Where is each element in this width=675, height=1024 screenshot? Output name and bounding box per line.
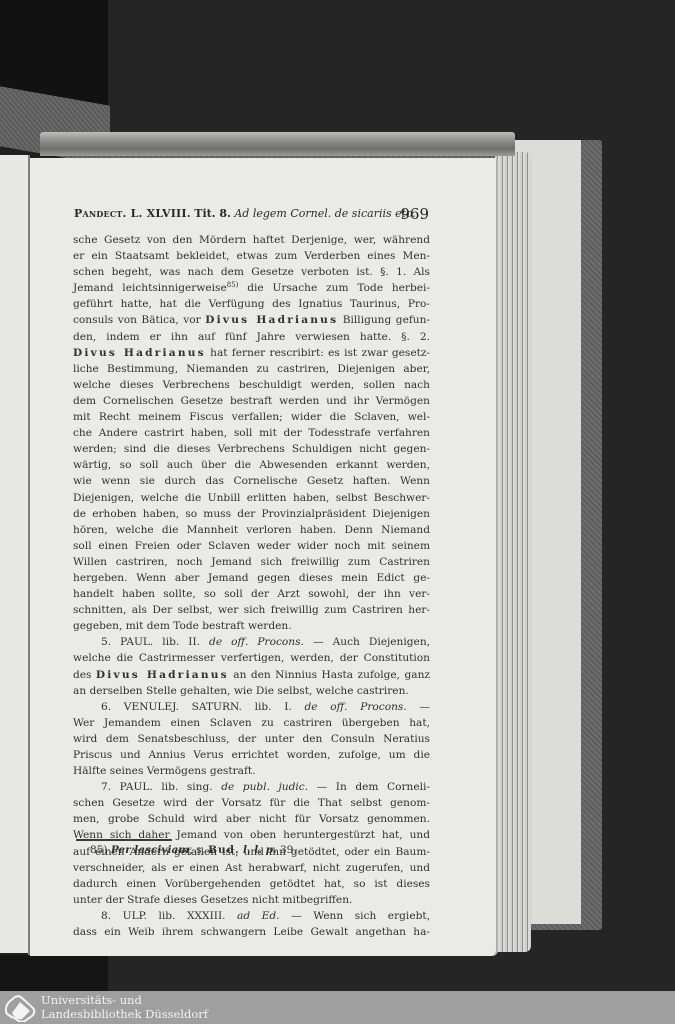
- running-header: Pandect. L. XLVIII. Tit. 8. Ad legem Cor…: [74, 207, 429, 225]
- fragment-6: 6. VENULEJ. SATURN. lib. I. de off. Proc…: [73, 699, 430, 715]
- text-line: welche die Castrirmesser verfertigen, we…: [73, 650, 430, 666]
- text-segment: consuls von Bätica, vor: [73, 314, 201, 326]
- text-line: hergeben. Wenn aber Jemand gegen dieses …: [73, 570, 430, 586]
- library-logo-icon: [3, 994, 37, 1022]
- text-line: dass ein Weib ihrem schwangern Leibe Gew…: [73, 924, 430, 940]
- footnote-page: 39.: [280, 844, 297, 856]
- fragment-work: ad Ed.: [226, 910, 292, 922]
- text-line: schen begeht, was nach dem Gesetze verbo…: [73, 264, 430, 280]
- text-line: handelt haben sollte, so soll der Arzt s…: [73, 586, 430, 602]
- text-line: welche dieses Verbrechens beschuldigt we…: [73, 377, 430, 393]
- text-line: sche Gesetz von den Mördern haftet Derje…: [73, 232, 430, 248]
- text-line: Divus Hadrianus hat ferner rescribirt: e…: [73, 345, 430, 361]
- text-line: wie wenn sie durch das Cornelische Geset…: [73, 473, 430, 489]
- text-line: den, indem er ihn auf fünf Jahre verwies…: [73, 329, 430, 345]
- fragment-work: de publ. judic.: [213, 781, 317, 793]
- text-line: Diejenigen, welche die Unbill erlitten h…: [73, 490, 430, 506]
- header-title: Ad legem Cornel. de sicariis etc.: [234, 207, 415, 220]
- page-number: 969: [400, 205, 429, 223]
- text-line: Hälfte seines Vermögens gestraft.: [73, 763, 430, 779]
- page-edges: [495, 152, 531, 952]
- text-segment: hat ferner rescribirt: es ist zwar geset…: [210, 347, 430, 359]
- footnote-ref[interactable]: 85): [227, 281, 239, 289]
- text-line: dem Cornelischen Gesetze bestraft werden…: [73, 393, 430, 409]
- text-line: des Divus Hadrianus an den Ninnius Hasta…: [73, 667, 430, 683]
- text-segment: Jemand leichtsinnigerweise: [73, 282, 227, 294]
- header-book: Pandect. L. XLVIII.: [74, 207, 191, 220]
- fragment-reference: 7. PAUL. lib. sing.: [101, 781, 213, 793]
- text-line: gegeben, mit dem Tode bestraft werden.: [73, 618, 430, 634]
- text-line: liche Bestimmung, Niemanden zu castriren…: [73, 361, 430, 377]
- text-line: de erhoben haben, so muss der Provinzial…: [73, 506, 430, 522]
- text-line: men, grobe Schuld wird aber nicht für Vo…: [73, 811, 430, 827]
- spaced-name: Divus Hadrianus: [96, 669, 229, 681]
- text-line: mit Recht meinem Fiscus verfallen; wider…: [73, 409, 430, 425]
- fragment-work: de off. Procons.: [200, 636, 313, 648]
- text-line: geführt hatte, hat die Verfügung des Ign…: [73, 296, 430, 312]
- fragment-reference: 6. VENULEJ. SATURN. lib. I.: [101, 701, 292, 713]
- text-segment: — Wenn sich ergiebt,: [291, 910, 430, 922]
- library-name-line2: Landesbibliothek Düsseldorf: [41, 1007, 208, 1021]
- text-line: schen Gesetze wird der Vorsatz für die T…: [73, 795, 430, 811]
- fragment-reference: 8. ULP. lib. XXXIII.: [101, 910, 226, 922]
- text-line: wird dem Senatsbeschluss, der unter den …: [73, 731, 430, 747]
- background-dark-bottom: [0, 955, 108, 991]
- text-line: schnitten, als Der selbst, wer sich frei…: [73, 602, 430, 618]
- text-segment: an den Ninnius Hasta zufolge, ganz: [233, 669, 430, 681]
- footnote-text: , s.: [189, 844, 204, 856]
- text-line: dadurch einen Vorübergehenden getödtet h…: [73, 876, 430, 892]
- footnote-divider: [76, 839, 172, 841]
- spaced-name: Divus Hadrianus: [205, 314, 338, 326]
- footnote-ref: l. l. p.: [243, 844, 277, 856]
- text-segment: —: [419, 701, 430, 713]
- fragment-reference: 5. PAUL. lib. II.: [101, 636, 200, 648]
- fragment-7: 7. PAUL. lib. sing. de publ. judic. — In…: [73, 779, 430, 795]
- text-line: soll einen Freien oder Sclaven weder wid…: [73, 538, 430, 554]
- footnote-source: Bud.: [208, 844, 240, 856]
- library-name: Universitäts- und Landesbibliothek Düsse…: [41, 993, 208, 1021]
- footnote-85: 85) Per lasciviam, s. Bud. l. l. p. 39.: [90, 844, 297, 856]
- text-line: Jemand leichtsinnigerweise85) die Ursach…: [73, 280, 430, 296]
- text-line: Wer Jemandem einen Sclaven zu castriren …: [73, 715, 430, 731]
- text-line: Wenn sich daher Jemand von oben herunter…: [73, 827, 430, 843]
- left-page-edge: [0, 155, 30, 953]
- spaced-name: Divus Hadrianus: [73, 347, 206, 359]
- text-line: hören, welche die Mannheit verloren habe…: [73, 522, 430, 538]
- scan-background: ¼ ≋ Pandect. L. XLVIII. Tit. 8. Ad legem…: [0, 0, 675, 991]
- text-segment: — Auch Diejenigen,: [313, 636, 430, 648]
- text-line: Willen castriren, noch Jemand sich freiw…: [73, 554, 430, 570]
- text-line: an derselben Stelle gehalten, wie Die se…: [73, 683, 430, 699]
- text-segment: die Ursache zum Tode herbei-: [238, 282, 430, 294]
- text-line: Priscus und Annius Verus errichtet worde…: [73, 747, 430, 763]
- library-name-line1: Universitäts- und: [41, 993, 208, 1007]
- text-segment: Billigung gefun-: [338, 314, 430, 326]
- fragment-5: 5. PAUL. lib. II. de off. Procons. — Auc…: [73, 634, 430, 650]
- footnote-text: Per lasciviam: [111, 844, 190, 856]
- fragment-8: 8. ULP. lib. XXXIII. ad Ed. — Wenn sich …: [73, 908, 430, 924]
- text-segment: des: [73, 669, 96, 681]
- text-segment: — In dem Corneli-: [317, 781, 430, 793]
- library-banner: Universitäts- und Landesbibliothek Düsse…: [0, 991, 675, 1024]
- book-top-edge: [40, 132, 515, 156]
- text-line: consuls von Bätica, vor Divus Hadrianus …: [73, 312, 430, 328]
- text-line: er ein Staatsamt bekleidet, etwas zum Ve…: [73, 248, 430, 264]
- footnote-number: 85): [90, 844, 107, 856]
- header-title-number: Tit. 8.: [194, 207, 231, 220]
- text-line: unter der Strafe dieses Gesetzes nicht m…: [73, 892, 430, 908]
- text-line: verschneider, als er einen Ast herabwarf…: [73, 860, 430, 876]
- text-line: werden; sind die dieses Verbrechens Schu…: [73, 441, 430, 457]
- page-body: sche Gesetz von den Mördern haftet Derje…: [73, 232, 430, 940]
- fragment-work: de off. Procons.: [292, 701, 420, 713]
- text-line: wärtig, so soll auch über die Abwesenden…: [73, 457, 430, 473]
- text-line: che Andere castrirt haben, soll mit der …: [73, 425, 430, 441]
